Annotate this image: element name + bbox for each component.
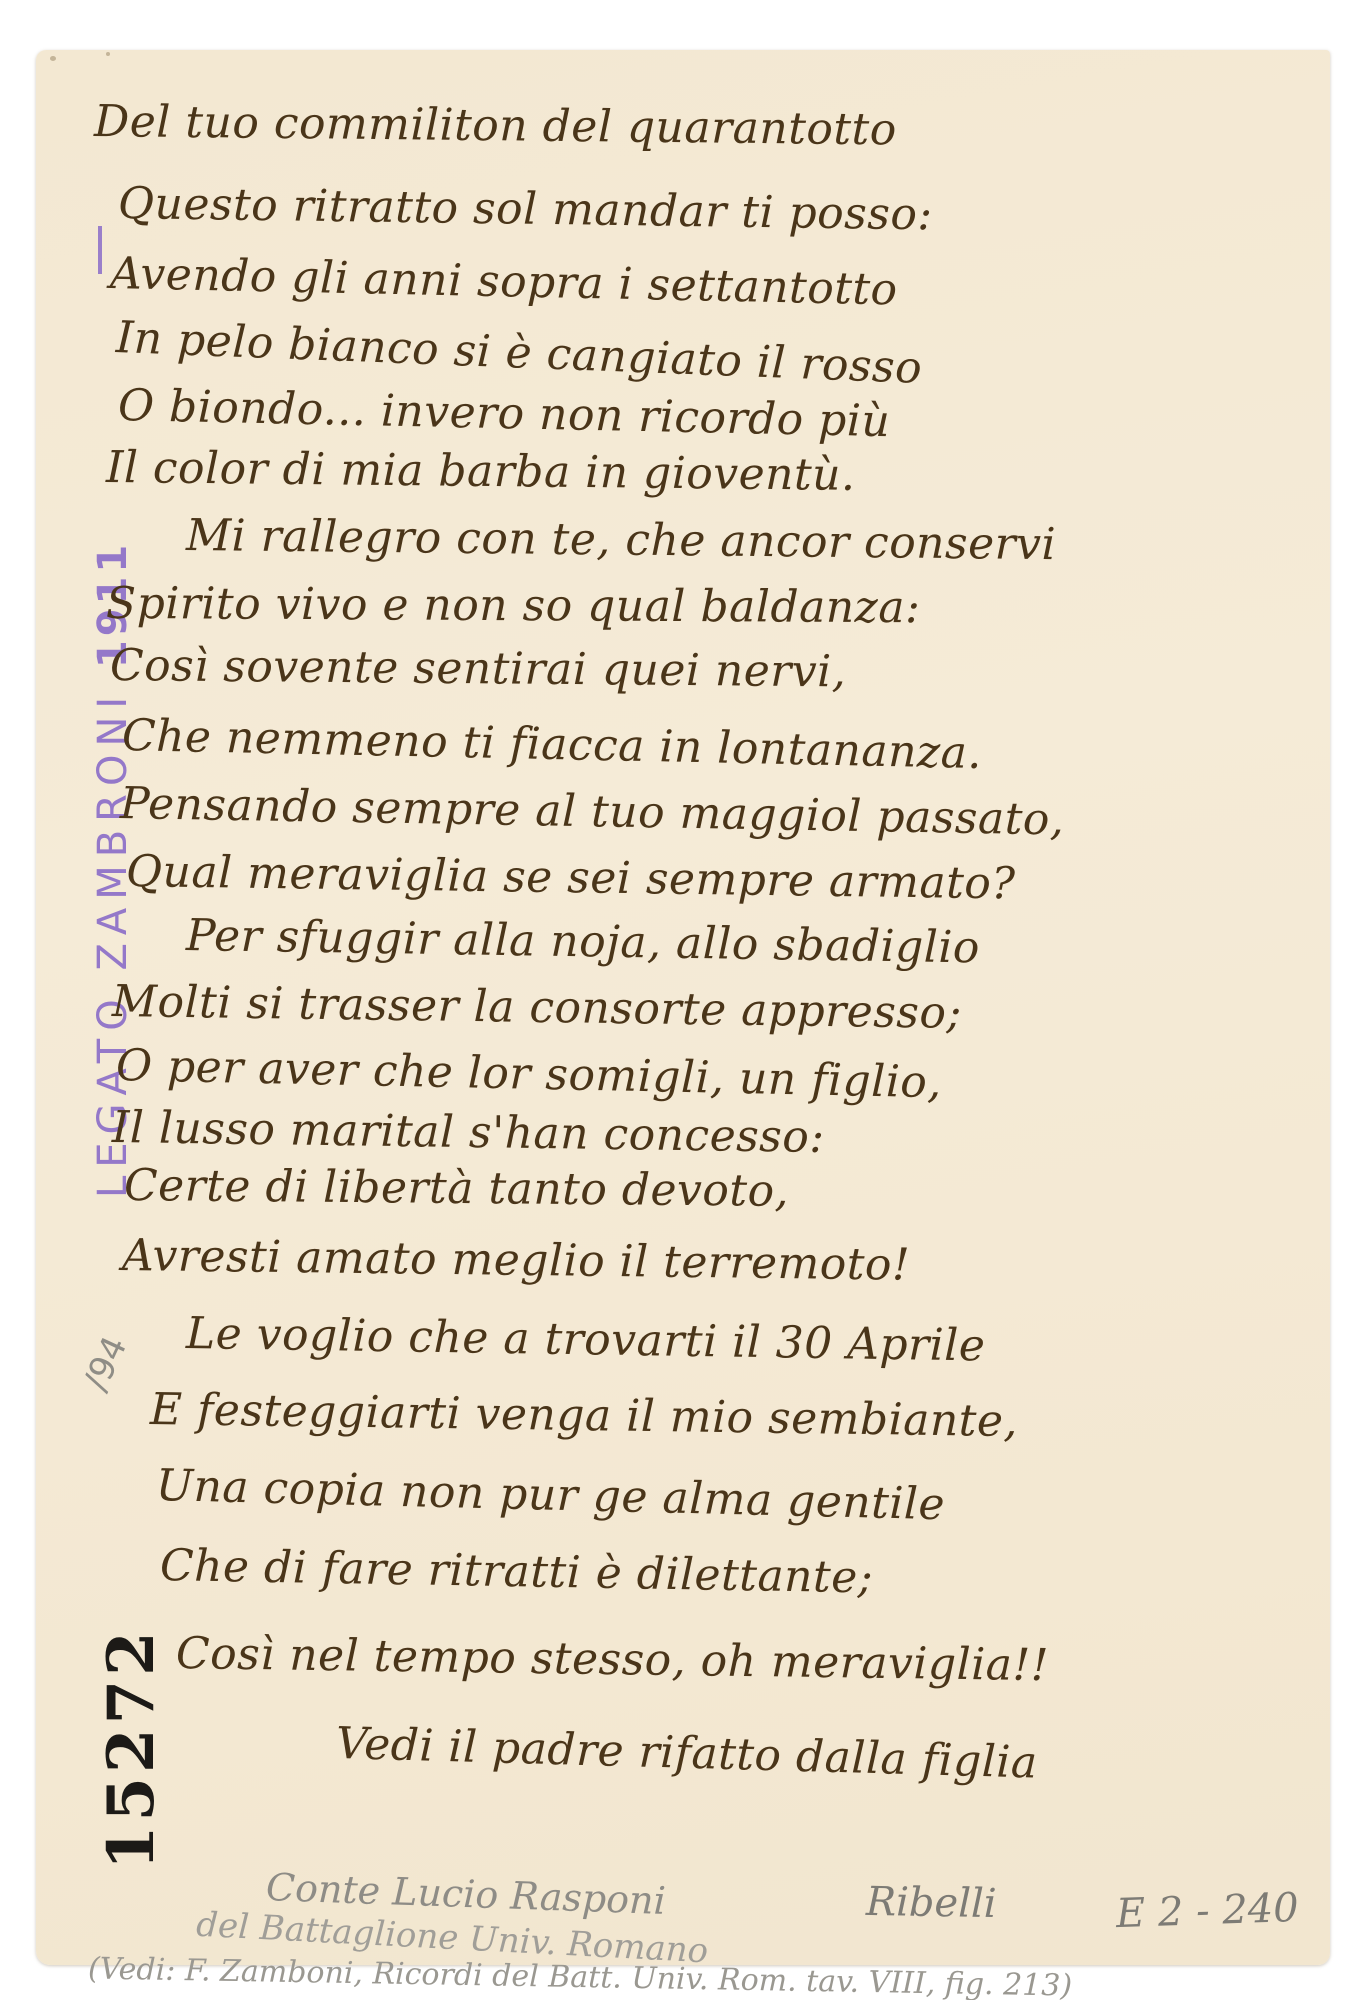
poem-line: Vedi il padre rifatto dalla figlia <box>335 1718 1038 1789</box>
poem-line: Questo ritratto sol mandar ti posso: <box>118 178 933 240</box>
poem-line: Che nemmeno ti fiacca in lontananza. <box>121 710 982 779</box>
pencil-note-shelfmark: E 2 - 240 <box>1115 1885 1299 1937</box>
poem-line: Una copia non pur ge alma gentile <box>155 1460 945 1530</box>
poem-line: Qual meraviglia se sei sempre armato? <box>126 846 1016 909</box>
poem-line: Del tuo commiliton del quarantotto <box>94 96 897 155</box>
poem-line: Molti si trasser la consorte appresso; <box>112 976 962 1039</box>
handwritten-poem: Del tuo commiliton del quarantotto Quest… <box>36 50 1330 1965</box>
poem-line: Avendo gli anni sopra i settantotto <box>109 248 898 315</box>
pencil-note-ribelli: Ribelli <box>866 1879 997 1927</box>
poem-line: O per aver che lor somigli, un figlio, <box>115 1040 942 1108</box>
poem-line: Il color di mia barba in gioventù. <box>106 442 856 501</box>
poem-line: Che di fare ritratti è dilettante; <box>160 1540 874 1603</box>
poem-line: Così sovente sentirai quei nervi, <box>110 640 847 697</box>
poem-line: Per sfuggir alla noja, allo sbadiglio <box>186 910 981 973</box>
poem-line: Le voglio che a trovarti il 30 Aprile <box>186 1308 986 1372</box>
poem-line: Pensando sempre al tuo maggiol passato, <box>120 778 1065 845</box>
poem-line: Il lusso marital s'han concesso: <box>112 1102 825 1163</box>
poem-line: Avresti amato meglio il terremoto! <box>122 1230 911 1291</box>
poem-line: Certe di libertà tanto devoto, <box>124 1160 789 1217</box>
poem-line: Spirito vivo e non so qual baldanza: <box>106 578 921 633</box>
postcard: LEGATO ZAMBRONI 1911 15272 /94 Del tuo c… <box>36 50 1330 1965</box>
poem-line: E festeggiarti venga il mio sembiante, <box>150 1384 1019 1447</box>
poem-line: Mi rallegro con te, che ancor conservi <box>186 510 1057 570</box>
poem-line: Così nel tempo stesso, oh meraviglia!! <box>176 1628 1050 1691</box>
poem-line: O biondo... invero non ricordo più <box>117 380 890 447</box>
